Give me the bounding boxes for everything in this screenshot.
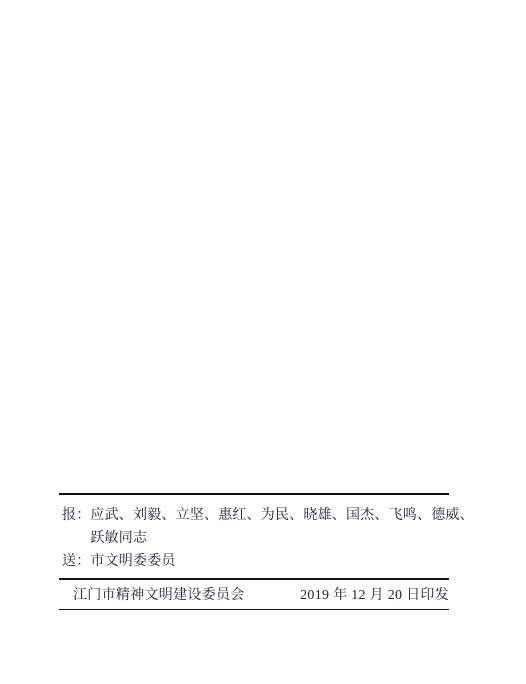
send-recipients: 市文明委委员: [90, 550, 449, 573]
bottom-separator-rule: [59, 609, 449, 611]
send-label: 送：: [62, 550, 90, 573]
imprint-print-date: 2019 年 12 月 20 日印发: [300, 584, 449, 607]
imprint-row: 江门市精神文明建设委员会 2019 年 12 月 20 日印发: [59, 580, 449, 609]
send-row: 送： 市文明委委员: [62, 550, 449, 573]
distribution-section: 报： 应武、刘毅、立坚、惠红、为民、晓雄、国杰、飞鸣、德威、 跃敏同志 送： 市…: [59, 495, 449, 578]
report-names-line-1: 应武、刘毅、立坚、惠红、为民、晓雄、国杰、飞鸣、德威、: [90, 504, 473, 527]
report-row: 报： 应武、刘毅、立坚、惠红、为民、晓雄、国杰、飞鸣、德威、 跃敏同志: [62, 504, 449, 550]
report-names-line-2: 跃敏同志: [90, 527, 473, 550]
report-label: 报：: [62, 504, 90, 527]
document-page: 报： 应武、刘毅、立坚、惠红、为民、晓雄、国杰、飞鸣、德威、 跃敏同志 送： 市…: [0, 0, 526, 684]
report-names: 应武、刘毅、立坚、惠红、为民、晓雄、国杰、飞鸣、德威、 跃敏同志: [90, 504, 473, 550]
imprint-issuer: 江门市精神文明建设委员会: [73, 584, 245, 607]
document-footer-block: 报： 应武、刘毅、立坚、惠红、为民、晓雄、国杰、飞鸣、德威、 跃敏同志 送： 市…: [59, 493, 449, 610]
